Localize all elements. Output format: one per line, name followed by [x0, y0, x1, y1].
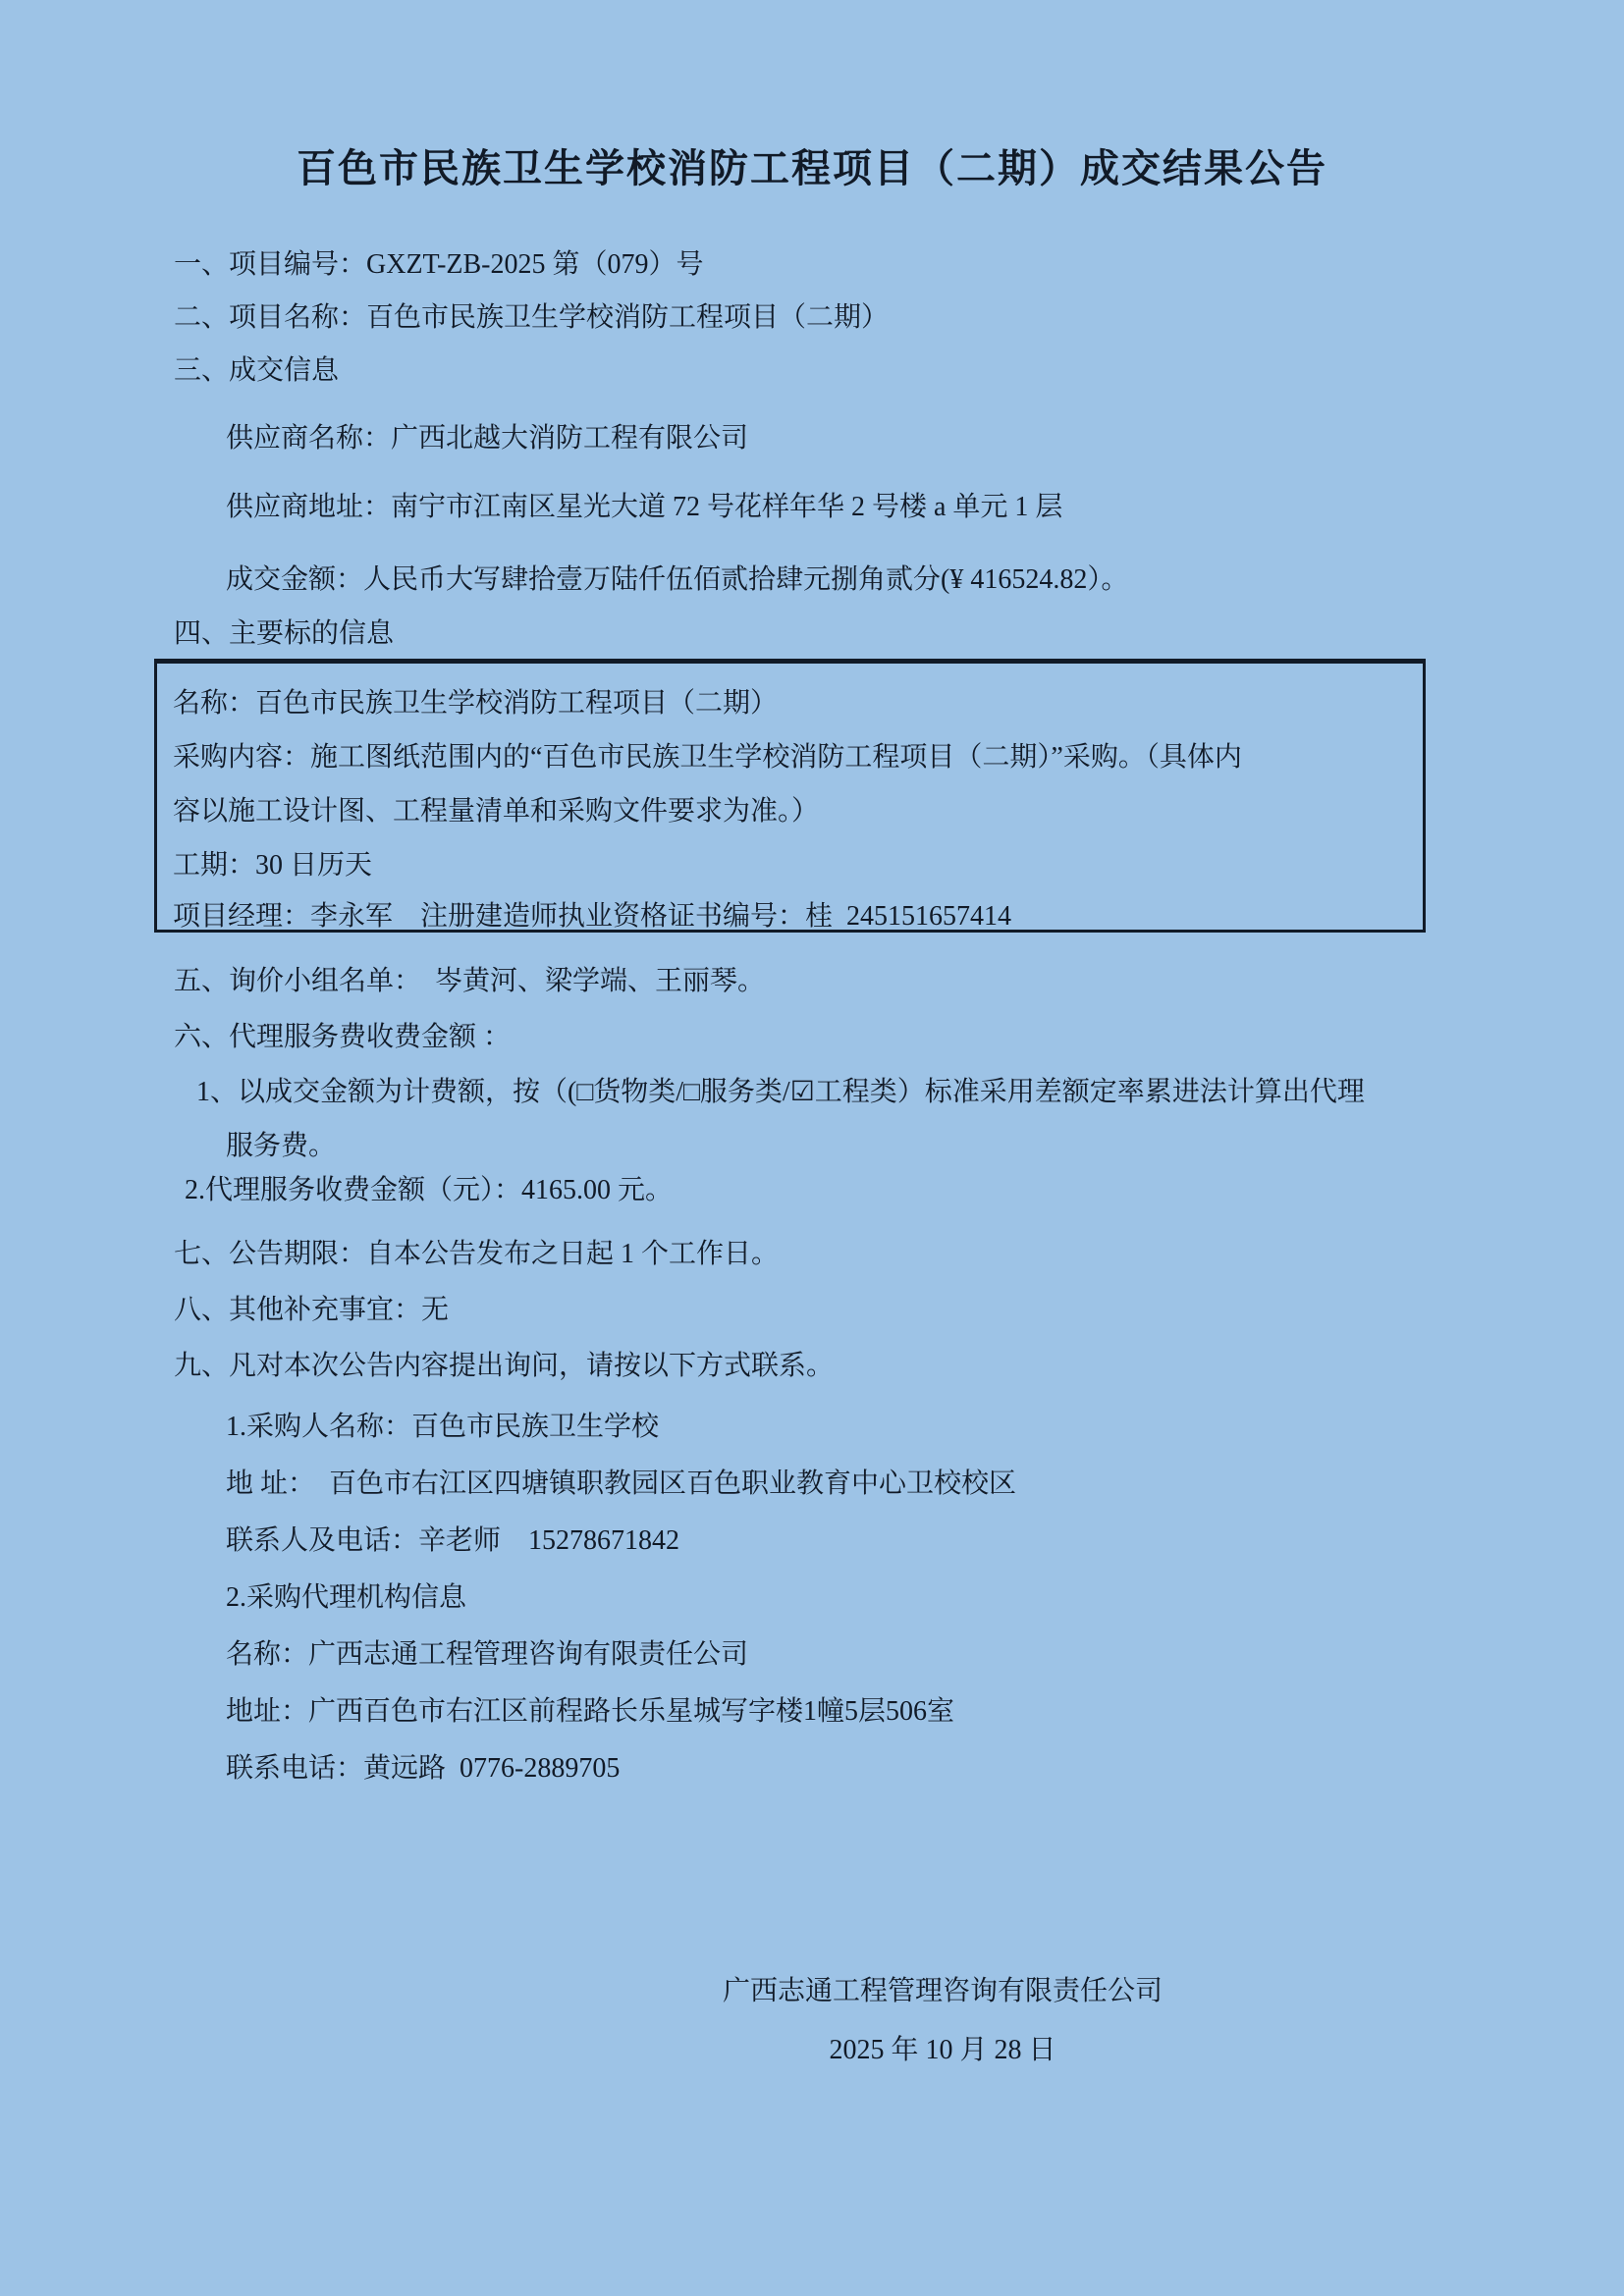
subject-content-line1: 采购内容：施工图纸范围内的“百色市民族卫生学校消防工程项目（二期）”采购。（具体…: [173, 741, 1242, 774]
subject-manager-line: 项目经理：李永军 注册建造师执业资格证书编号：桂 245151657414: [173, 900, 1011, 934]
announce-period-line: 七、公告期限：自本公告发布之日起 1 个工作日。: [174, 1238, 779, 1271]
project-number-line: 一、项目编号：GXZT-ZB-2025 第（079）号: [174, 248, 704, 282]
agency-heading-line: 2.采购代理机构信息: [226, 1581, 466, 1615]
deal-amount-line: 成交金额：人民币大写肆拾壹万陆仟伍佰贰拾肆元捌角贰分(¥ 416524.82）。: [226, 563, 1128, 597]
announcement-page: 百色市民族卫生学校消防工程项目（二期）成交结果公告 一、项目编号：GXZT-ZB…: [0, 0, 1624, 2296]
agency-fee-item1-line1: 1、以成交金额为计费额，按（(□货物类/□服务类/☑工程类）标准采用差额定率累进…: [196, 1076, 1365, 1109]
agency-name-line: 名称：广西志通工程管理咨询有限责任公司: [226, 1638, 748, 1672]
agency-fee-item1-line2: 服务费。: [226, 1130, 336, 1163]
signature-date: 2025 年 10 月 28 日: [550, 2028, 1335, 2067]
subject-duration-line: 工期：30 日历天: [173, 849, 372, 882]
agency-fee-item2: 2.代理服务收费金额（元）：4165.00 元。: [185, 1174, 673, 1207]
agency-fee-heading: 六、代理服务费收费金额 ：: [174, 1021, 511, 1054]
subject-content-line2: 容以施工设计图、工程量清单和采购文件要求为准。）: [173, 795, 819, 828]
agency-phone-line: 联系电话：黄远路 0776-2889705: [226, 1752, 620, 1786]
other-matters-line: 八、其他补充事宜：无: [174, 1294, 449, 1327]
inquiry-team-line: 五、询价小组名单： 岑黄河、梁学端、王丽琴。: [174, 965, 765, 998]
contact-heading-line: 九、凡对本次公告内容提出询问，请按以下方式联系。: [174, 1350, 834, 1383]
signature-block: 广西志通工程管理咨询有限责任公司 2025 年 10 月 28 日: [550, 1969, 1335, 2067]
project-name-line: 二、项目名称：百色市民族卫生学校消防工程项目（二期）: [174, 301, 889, 335]
signature-company: 广西志通工程管理咨询有限责任公司: [550, 1969, 1335, 2008]
supplier-address-line: 供应商地址：南宁市江南区星光大道 72 号花样年华 2 号楼 a 单元 1 层: [226, 491, 1062, 524]
agency-address-line: 地址：广西百色市右江区前程路长乐星城写字楼1幢5层506室: [226, 1695, 954, 1729]
deal-info-heading: 三、成交信息: [174, 354, 339, 388]
subject-name-line: 名称：百色市民族卫生学校消防工程项目（二期）: [173, 687, 778, 721]
subject-info-box: 名称：百色市民族卫生学校消防工程项目（二期） 采购内容：施工图纸范围内的“百色市…: [154, 659, 1426, 933]
purchaser-address-line: 地 址： 百色市右江区四塘镇职教园区百色职业教育中心卫校校区: [226, 1468, 1016, 1501]
purchaser-name-line: 1.采购人名称：百色市民族卫生学校: [226, 1411, 659, 1444]
supplier-name-line: 供应商名称：广西北越大消防工程有限公司: [226, 422, 748, 455]
subject-heading: 四、主要标的信息: [174, 617, 394, 651]
document-title: 百色市民族卫生学校消防工程项目（二期）成交结果公告: [0, 137, 1624, 193]
purchaser-contact-line: 联系人及电话：辛老师 15278671842: [226, 1524, 679, 1558]
